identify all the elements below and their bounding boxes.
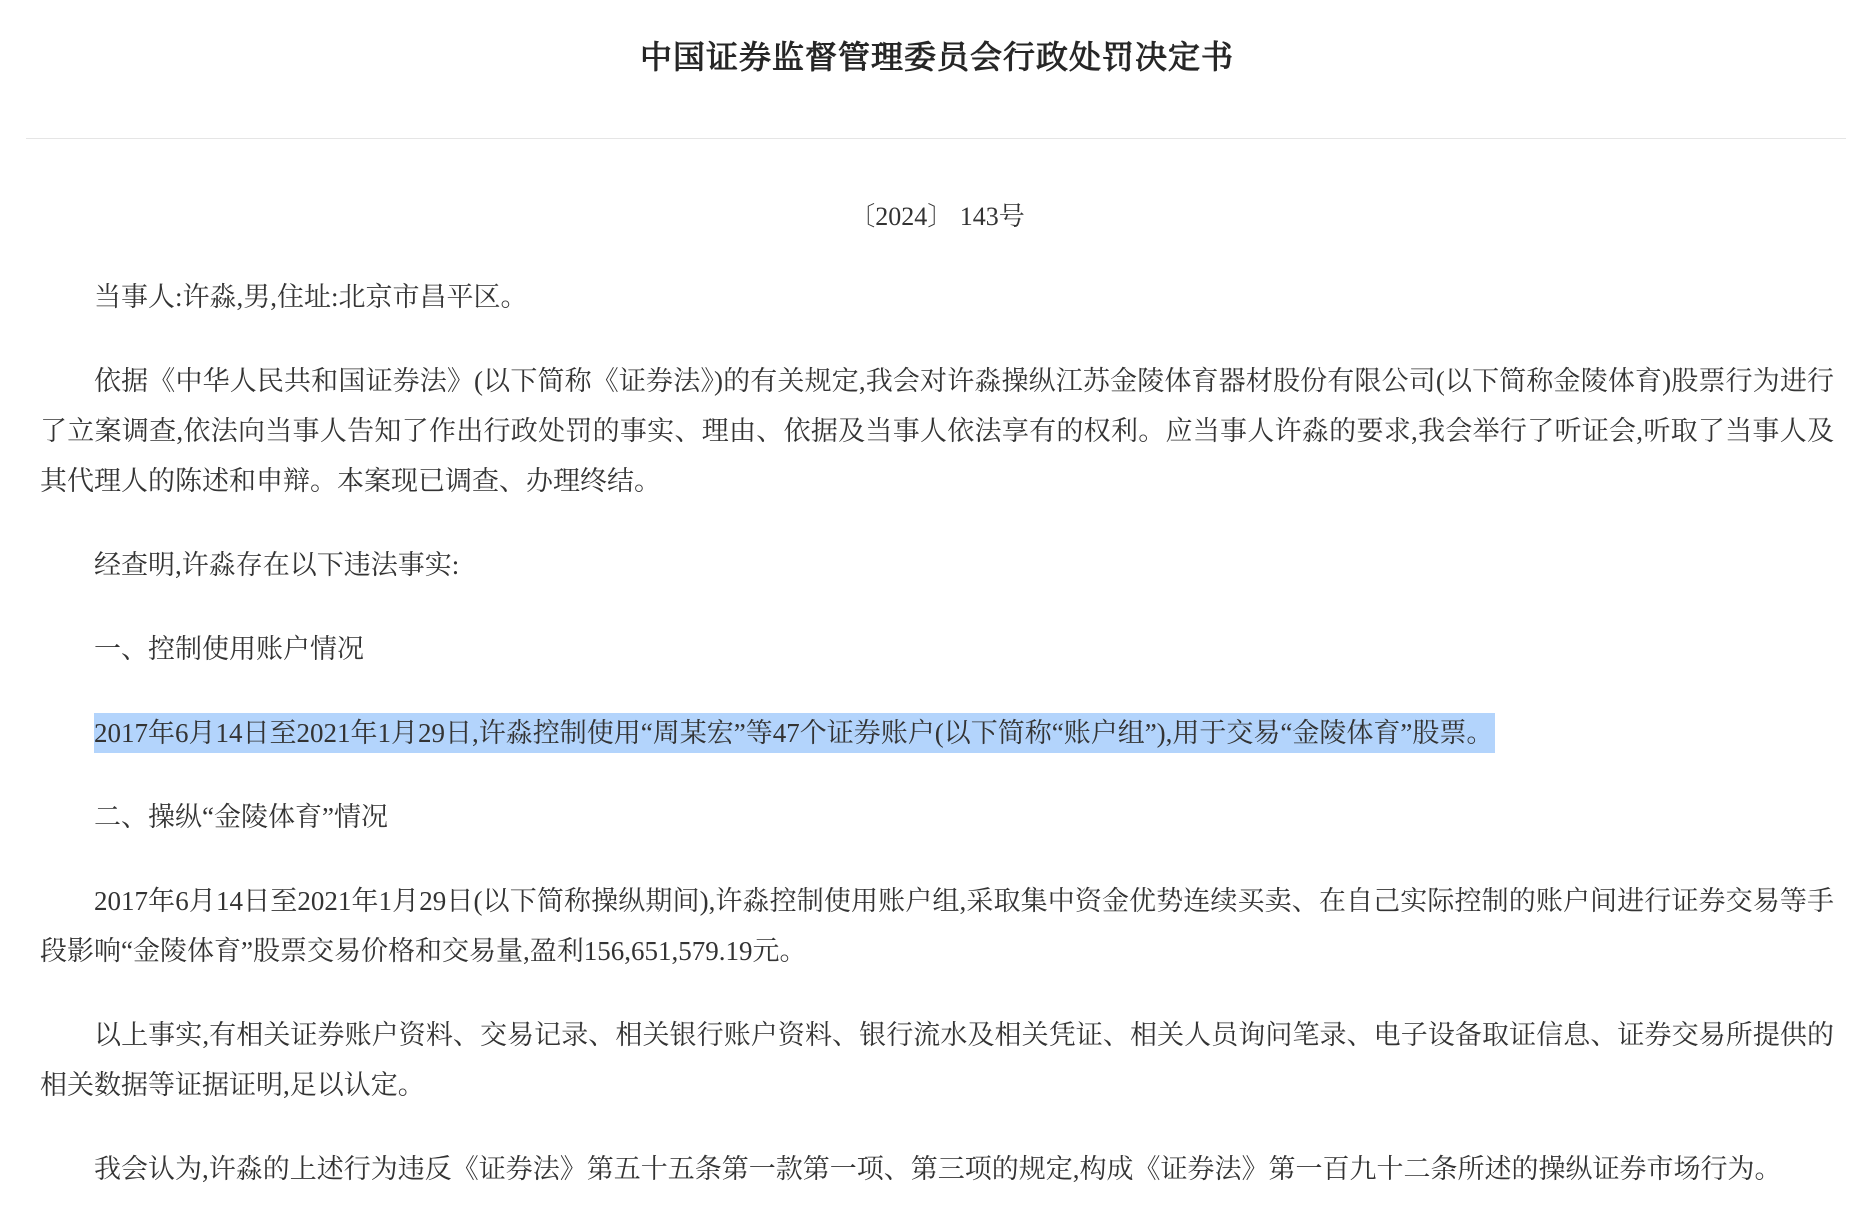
paragraph-findings-intro: 经查明,许淼存在以下违法事实:	[40, 540, 1834, 590]
paragraph-manipulation-facts: 2017年6月14日至2021年1月29日(以下简称操纵期间),许淼控制使用账户…	[40, 876, 1834, 976]
selected-text[interactable]: 2017年6月14日至2021年1月29日,许淼控制使用“周某宏”等47个证券账…	[94, 713, 1495, 753]
document-title: 中国证券监督管理委员会行政处罚决定书	[0, 34, 1874, 80]
document-header: 中国证券监督管理委员会行政处罚决定书	[0, 0, 1874, 80]
paragraph-case-basis: 依据《中华人民共和国证券法》(以下简称《证券法》)的有关规定,我会对许淼操纵江苏…	[40, 356, 1834, 506]
paragraph-party-info: 当事人:许淼,男,住址:北京市昌平区。	[40, 272, 1834, 322]
paragraph-section-two-heading: 二、操纵“金陵体育”情况	[40, 792, 1834, 842]
paragraph-legal-conclusion: 我会认为,许淼的上述行为违反《证券法》第五十五条第一款第一项、第三项的规定,构成…	[40, 1144, 1834, 1194]
header-divider	[26, 138, 1846, 139]
document-number: 〔2024〕 143号	[0, 199, 1874, 235]
paragraph-evidence: 以上事实,有相关证券账户资料、交易记录、相关银行账户资料、银行流水及相关凭证、相…	[40, 1010, 1834, 1110]
document-body: 当事人:许淼,男,住址:北京市昌平区。 依据《中华人民共和国证券法》(以下简称《…	[0, 272, 1874, 1194]
document-page: { "colors": { "background": "#ffffff", "…	[0, 0, 1874, 1230]
paragraph-section-one-heading: 一、控制使用账户情况	[40, 624, 1834, 674]
paragraph-account-control-facts: 2017年6月14日至2021年1月29日,许淼控制使用“周某宏”等47个证券账…	[40, 708, 1834, 758]
